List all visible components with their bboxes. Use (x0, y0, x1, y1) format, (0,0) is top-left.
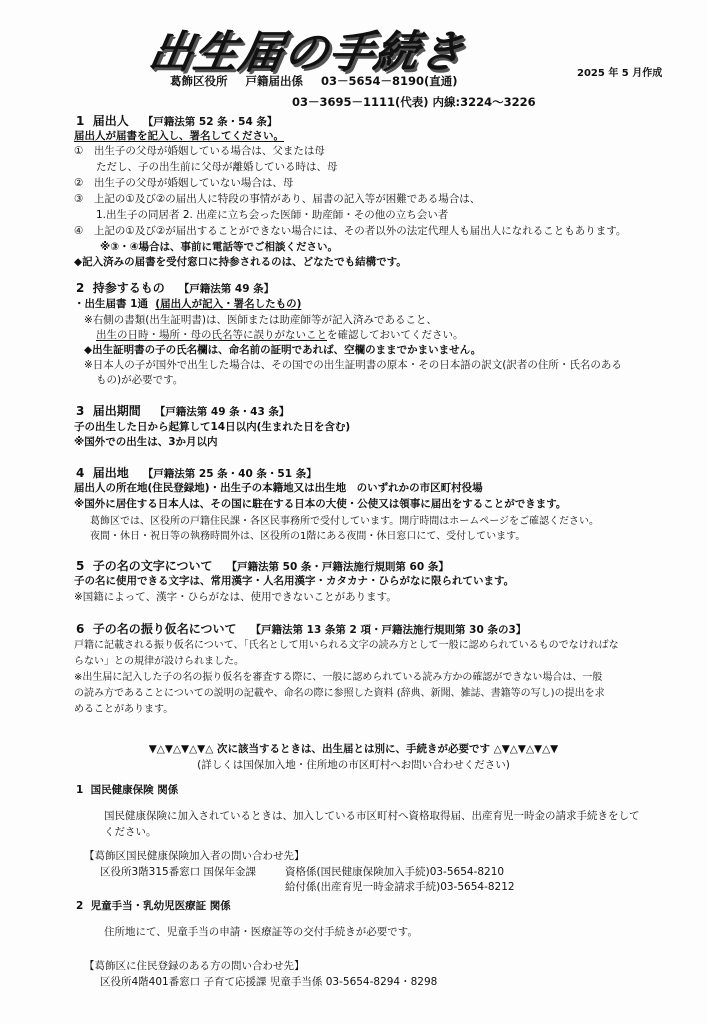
furigana-line: ※出生届に記入した子の名の振り仮名を審査する際に、一般に認められている読み方かの… (74, 668, 602, 683)
place-line: 夜間・休日・祝日等の執務時間外は、区役所の1階にある夜間・休日窓口にて、受付して… (90, 527, 525, 542)
notice-banner: ▼△▼△▼△▼△ 次に該当するときは、出生届とは別に、手続きが必要です △▼△▼… (0, 741, 707, 756)
section-title: 届出人 (93, 114, 129, 128)
note-line: もの)が必要です。 (96, 372, 183, 387)
note-line: ◆出生証明書の子の氏名欄は、命名前の証明であれば、空欄のままでかまいません。 (84, 342, 481, 357)
section-number: 3 (76, 404, 84, 418)
section-title: 子の名の文字について (93, 559, 213, 573)
section-title: 子の名の振り仮名について (93, 622, 237, 636)
section-title: 児童手当・乳幼児医療証 関係 (91, 900, 231, 912)
document-label: ・出生届書 1通 (74, 298, 148, 310)
tel-direct: 03－5654－8190(直通) (321, 74, 458, 88)
note-line: 出生の日時・場所・母の氏名等に誤りがないことを確認しておいてください。 (96, 327, 464, 342)
office-name: 葛飾区役所 (170, 74, 228, 88)
nhi-contact-place: 区役所3階315番窓口 国保年金課 (100, 864, 256, 879)
furigana-line: 戸籍に記載される振り仮名について、「氏名として用いられる文字の読み方として一般に… (74, 636, 619, 651)
section-number: 2 (76, 900, 83, 912)
nhi-contact-phone-1: 資格係(国民健康保険加入手続)03-5654-8210 (285, 864, 504, 879)
section-title: 国民健康保険 関係 (91, 784, 179, 796)
required-document: ・出生届書 1通 (届出人が記入・署名したもの) (74, 296, 301, 311)
law-reference: 【戸籍法第 52 条・54 条】 (143, 116, 278, 128)
office-contact: 葛飾区役所戸籍届出係03－5654－8190(直通) (170, 73, 458, 89)
extra-1-heading: 1 国民健康保険 関係 (76, 782, 178, 797)
section-4-heading: 4 届出地【戸籍法第 25 条・40 条・51 条】 (76, 464, 317, 481)
nhi-contact-title: 【葛飾区国民健康保険加入者の問い合わせ先】 (84, 848, 305, 863)
section-1-lead: 届出人が届書を記入し、署名してください。 (74, 128, 284, 143)
child-allowance-body: 住所地にて、児童手当の申請・医療証等の交付手続きが必要です。 (104, 924, 418, 939)
place-line: 葛飾区では、区役所の戸籍住民課・各区民事務所で受付しています。開庁時間はホームペ… (90, 512, 599, 527)
tel-main: 03－3695－1111(代表) 内線:3224～3226 (292, 94, 536, 110)
section-3-heading: 3 届出期間【戸籍法第 49 条・43 条】 (76, 402, 289, 419)
section-number: 5 (76, 559, 84, 573)
division-name: 戸籍届出係 (246, 74, 304, 88)
child-contact-title: 【葛飾区に住民登録のある方の問い合わせ先】 (84, 958, 305, 973)
place-line: ※国外に居住する日本人は、その国に駐在する日本の大使・公使又は領事に届出をするこ… (74, 496, 566, 511)
law-reference: 【戸籍法第 25 条・40 条・51 条】 (143, 468, 317, 480)
section-number: 4 (76, 466, 84, 480)
law-reference: 【戸籍法第 49 条】 (179, 283, 274, 295)
section-title: 持参するもの (93, 281, 165, 295)
list-item: ③ 上記の①及び②の届出人に特段の事情があり、届書の記入等が困難である場合は、 (74, 191, 480, 206)
law-reference: 【戸籍法第 13 条第 2 項・戸籍法施行規則第 30 条の3】 (250, 624, 526, 636)
list-item: 1.出生子の同居者 2. 出産に立ち会った医師・助産師・その他の立ち会い者 (96, 207, 448, 222)
section-number: 1 (76, 114, 84, 128)
list-item: ② 出生子の父母が婚姻していない場合は、母 (74, 175, 293, 190)
nhi-body: ください。 (104, 824, 157, 839)
page-title: 出生届の手続き (144, 16, 470, 80)
extra-2-heading: 2 児童手当・乳幼児医療証 関係 (76, 898, 231, 913)
furigana-line: めることがあります。 (74, 700, 173, 715)
law-reference: 【戸籍法第 49 条・43 条】 (155, 406, 290, 418)
furigana-line: らない」との規律が設けられました。 (74, 652, 244, 667)
notice-subtitle: (詳しくは国保加入地・住所地の市区町村へお問い合わせください) (0, 757, 707, 772)
period-line: ※国外での出生は、3か月以内 (74, 434, 218, 449)
note-line: ※日本人の子が国外で出生した場合は、その国での出生証明書の原本・その日本語の訳文… (84, 357, 622, 372)
section-6-heading: 6 子の名の振り仮名について【戸籍法第 13 条第 2 項・戸籍法施行規則第 3… (76, 620, 526, 637)
list-item: ④ 上記の①及び②が届出することができない場合には、その者以外の法定代理人も届出… (74, 223, 626, 238)
law-reference: 【戸籍法第 50 条・戸籍法施行規則第 60 条】 (226, 561, 448, 573)
section-number: 1 (76, 784, 83, 796)
note-line: ※右側の書類(出生証明書)は、医師または助産師等が記入済みであること、 (84, 312, 437, 327)
nhi-contact-phone-2: 給付係(出産育児一時金請求手続)03-5654-8212 (285, 879, 515, 894)
section-title: 届出期間 (93, 404, 141, 418)
list-note: ◆記入済みの届書を受付窓口に持参されるのは、どなたでも結構です。 (74, 254, 407, 269)
document-note: (届出人が記入・署名したもの) (155, 298, 301, 310)
note-rest: を確認しておいてください。 (327, 329, 464, 341)
underlined-note: 出生の日時・場所・母の氏名等に誤りがないこと (96, 329, 327, 341)
place-line: 届出人の所在地(住民登録地)・出生子の本籍地又は出生地 のいずれかの市区町村役場 (74, 480, 483, 495)
name-chars-line: ※国籍によって、漢字・ひらがなは、使用できないことがあります。 (74, 589, 397, 604)
child-contact-line: 区役所4階401番窓口 子育て応援課 児童手当係 03-5654-8294・82… (100, 974, 437, 989)
section-2-heading: 2 持参するもの【戸籍法第 49 条】 (76, 279, 274, 296)
period-line: 子の出生した日から起算して14日以内(生まれた日を含む) (74, 419, 350, 434)
list-item: ただし、子の出生前に父母が離婚している時は、母 (96, 159, 338, 174)
section-1-heading: 1 届出人【戸籍法第 52 条・54 条】 (76, 112, 277, 129)
furigana-line: の読み方であることについての説明の記載や、命名の際に参照した資料 (辞典、新聞、… (74, 684, 605, 699)
nhi-body: 国民健康保険に加入されているときは、加入している市区町村へ資格取得届、出産育児一… (104, 808, 640, 823)
section-title: 届出地 (93, 466, 129, 480)
name-chars-line: 子の名に使用できる文字は、常用漢字・人名用漢字・カタカナ・ひらがなに限られていま… (74, 573, 514, 588)
list-item: ① 出生子の父母が婚姻している場合は、父または母 (74, 143, 325, 158)
list-note: ※③・④場合は、事前に電話等でご相談ください。 (100, 239, 338, 254)
creation-date: 2025 年 5 月作成 (577, 64, 662, 79)
section-number: 6 (76, 622, 84, 636)
section-number: 2 (76, 281, 84, 295)
section-5-heading: 5 子の名の文字について【戸籍法第 50 条・戸籍法施行規則第 60 条】 (76, 557, 449, 574)
